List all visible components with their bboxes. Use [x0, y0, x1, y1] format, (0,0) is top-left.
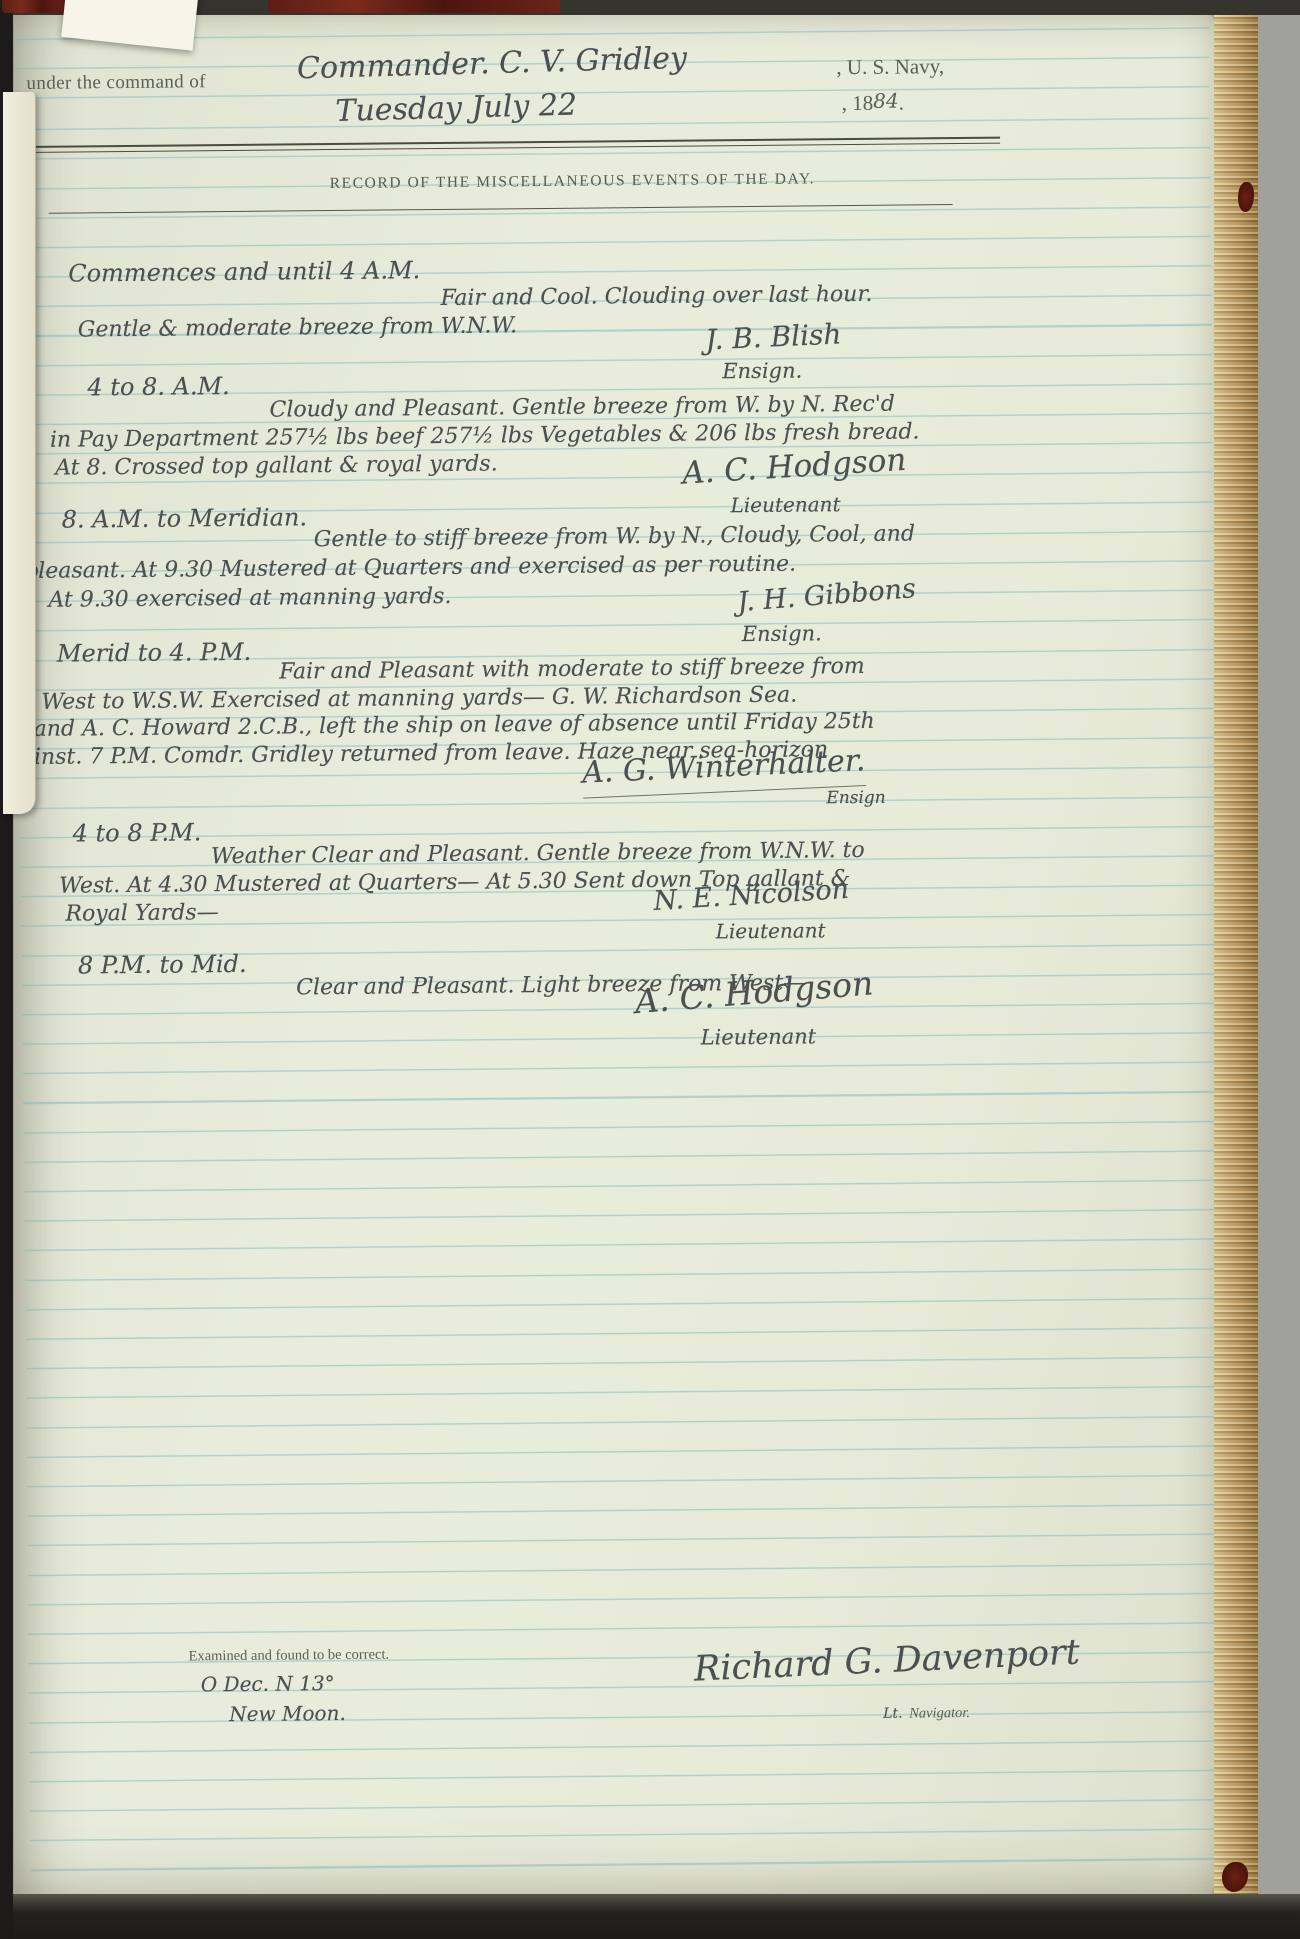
printed-command-label: under the command of — [26, 71, 206, 95]
page-content: under the command of Commander. C. V. Gr… — [0, 0, 1300, 1939]
entry-2-watch-label: 4 to 8. A.M. — [87, 372, 230, 401]
examined-statement: Examined and found to be correct. — [188, 1647, 389, 1666]
entry-1-signature: J. B. Blish — [705, 317, 842, 356]
entry-1-watch-label: Commences and until 4 A.M. — [68, 256, 420, 287]
entry-3-rank: Ensign. — [742, 621, 822, 646]
date-handwritten: Tuesday July 22 — [335, 87, 578, 129]
entry-1-rank: Ensign. — [722, 359, 802, 384]
entry-4-rank: Ensign — [826, 788, 886, 809]
moon-phase-note: New Moon. — [229, 1701, 346, 1726]
marbled-cover-fragment — [2, 0, 68, 13]
binding-bottom-edge — [0, 1894, 1300, 1939]
book-fore-edge-pages — [1214, 8, 1258, 1894]
entry-5-watch-label: 4 to 8 P.M. — [73, 818, 202, 847]
entry-6-watch-label: 8 P.M. to Mid. — [78, 950, 247, 980]
entry-6-rank: Lieutenant — [701, 1024, 817, 1049]
entry-1-line: Fair and Cool. Clouding over last hour. — [440, 282, 872, 311]
navigator-initials: Lt. — [883, 1706, 903, 1722]
entry-1-line: Gentle & moderate breeze from W.N.W. — [78, 313, 518, 342]
entry-2-rank: Lieutenant — [730, 492, 840, 517]
navigator-printed-label: Navigator. — [909, 1705, 970, 1723]
entry-5-rank: Lieutenant — [716, 918, 826, 943]
printed-navy-label: , U. S. Navy, — [836, 54, 944, 80]
entry-2-line: At 8. Crossed top gallant & royal yards. — [55, 451, 498, 480]
entry-5-line: Royal Yards— — [65, 900, 218, 926]
marbled-cover-fragment — [268, 0, 560, 13]
entry-4-watch-label: Merid to 4. P.M. — [57, 638, 252, 668]
protruding-page-edge — [3, 92, 36, 814]
moon-declination-note: O Dec. N 13° — [201, 1671, 335, 1696]
year-line: , 1884. — [842, 91, 904, 117]
year-prefix-printed: , 18 — [842, 91, 874, 115]
year-period: . — [899, 91, 904, 115]
entry-3-line: At 9.30 exercised at manning yards. — [48, 584, 451, 613]
logbook-page-photo: under the command of Commander. C. V. Gr… — [0, 0, 1300, 1939]
year-handwritten: 84 — [873, 89, 899, 113]
entry-3-watch-label: 8. A.M. to Meridian. — [62, 503, 308, 533]
